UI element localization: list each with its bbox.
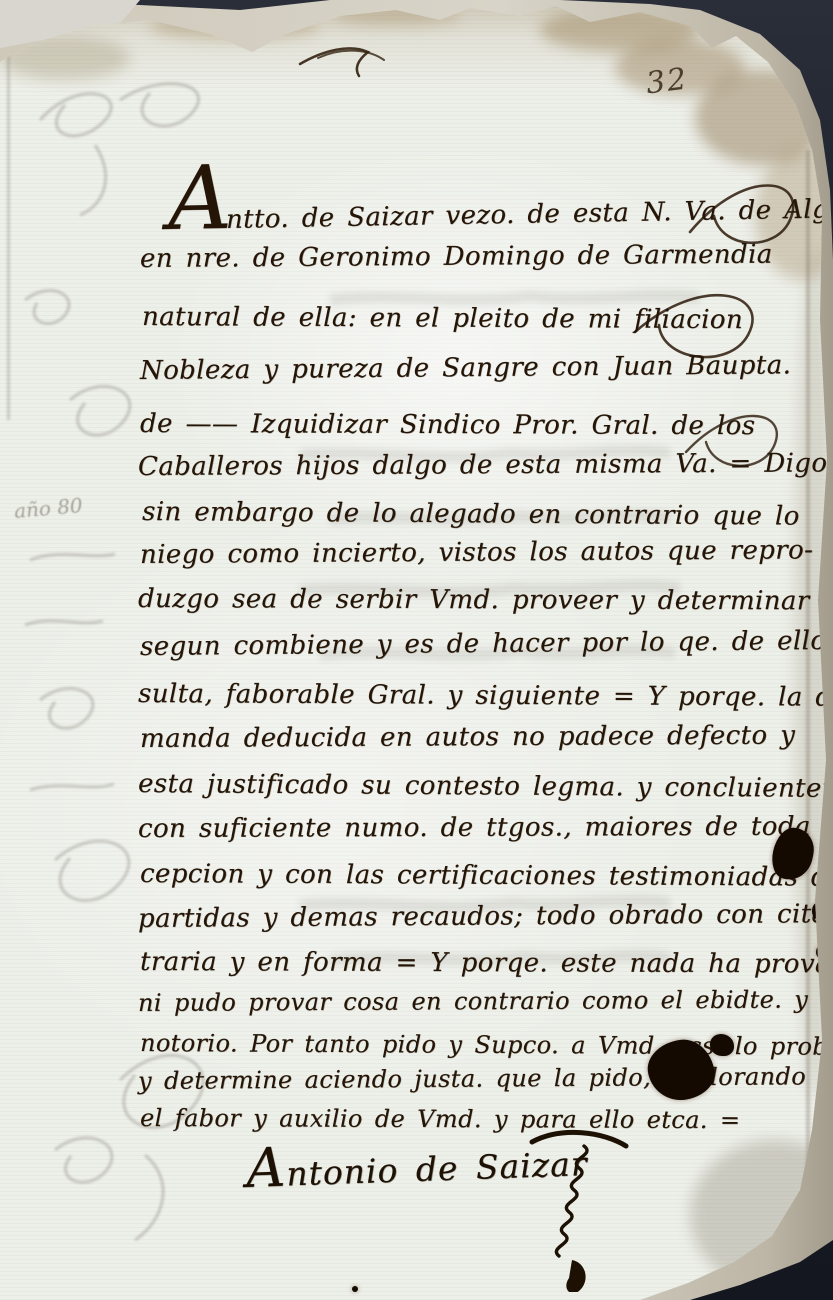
text-line: el fabor y auxilio de Vmd. y para ello e… xyxy=(140,1105,740,1135)
folio-number: 32 xyxy=(644,62,690,102)
text-line: segun combiene y es de hacer por lo qe. … xyxy=(140,626,833,662)
text-line: traria y en forma = Y porqe. este nada h… xyxy=(140,948,833,980)
text-line: niego como incierto, vistos los autos qu… xyxy=(140,536,814,571)
ink-blot xyxy=(710,1034,734,1056)
text-line: natural de ella: en el pleito de mi fili… xyxy=(142,303,743,336)
text-line: con suficiente numo. de ttgos., maiores … xyxy=(138,812,833,844)
ink-speck xyxy=(352,1286,358,1292)
text-line: duzgo sea de serbir Vmd. proveer y deter… xyxy=(138,585,810,617)
signature-rubric-icon xyxy=(520,1122,650,1292)
manuscript-page: año 80 32 Antto. de Saizar vezo. de esta… xyxy=(0,0,833,1300)
text-line: de —— Izquidizar Sindico Pror. Gral. de … xyxy=(140,410,756,442)
text-line: ni pudo provar cosa en contrario como el… xyxy=(138,986,808,1017)
text-line: cepcion y con las certificaciones testim… xyxy=(140,860,833,894)
text-line: partidas y demas recaudos; todo obrado c… xyxy=(138,899,833,934)
text-line: manda deducida en autos no padece defect… xyxy=(140,722,795,755)
text-line: sulta, faborable Gral. y siguiente = Y p… xyxy=(138,680,833,714)
text-line: en nre. de Geronimo Domingo de Garmendia xyxy=(140,241,773,275)
text-line: Nobleza y pureza de Sangre con Juan Baup… xyxy=(140,351,791,387)
text-line: esta justificado su contesto legma. y co… xyxy=(138,770,833,805)
text-line: sin embargo de lo alegado en contrario q… xyxy=(142,498,800,532)
manuscript-scan: año 80 32 Antto. de Saizar vezo. de esta… xyxy=(0,0,833,1300)
text-line: Antto. de Saizar vezo. de esta N. Va. de… xyxy=(167,136,833,250)
text-line: Caballeros hijos dalgo de esta misma Va.… xyxy=(138,449,833,483)
